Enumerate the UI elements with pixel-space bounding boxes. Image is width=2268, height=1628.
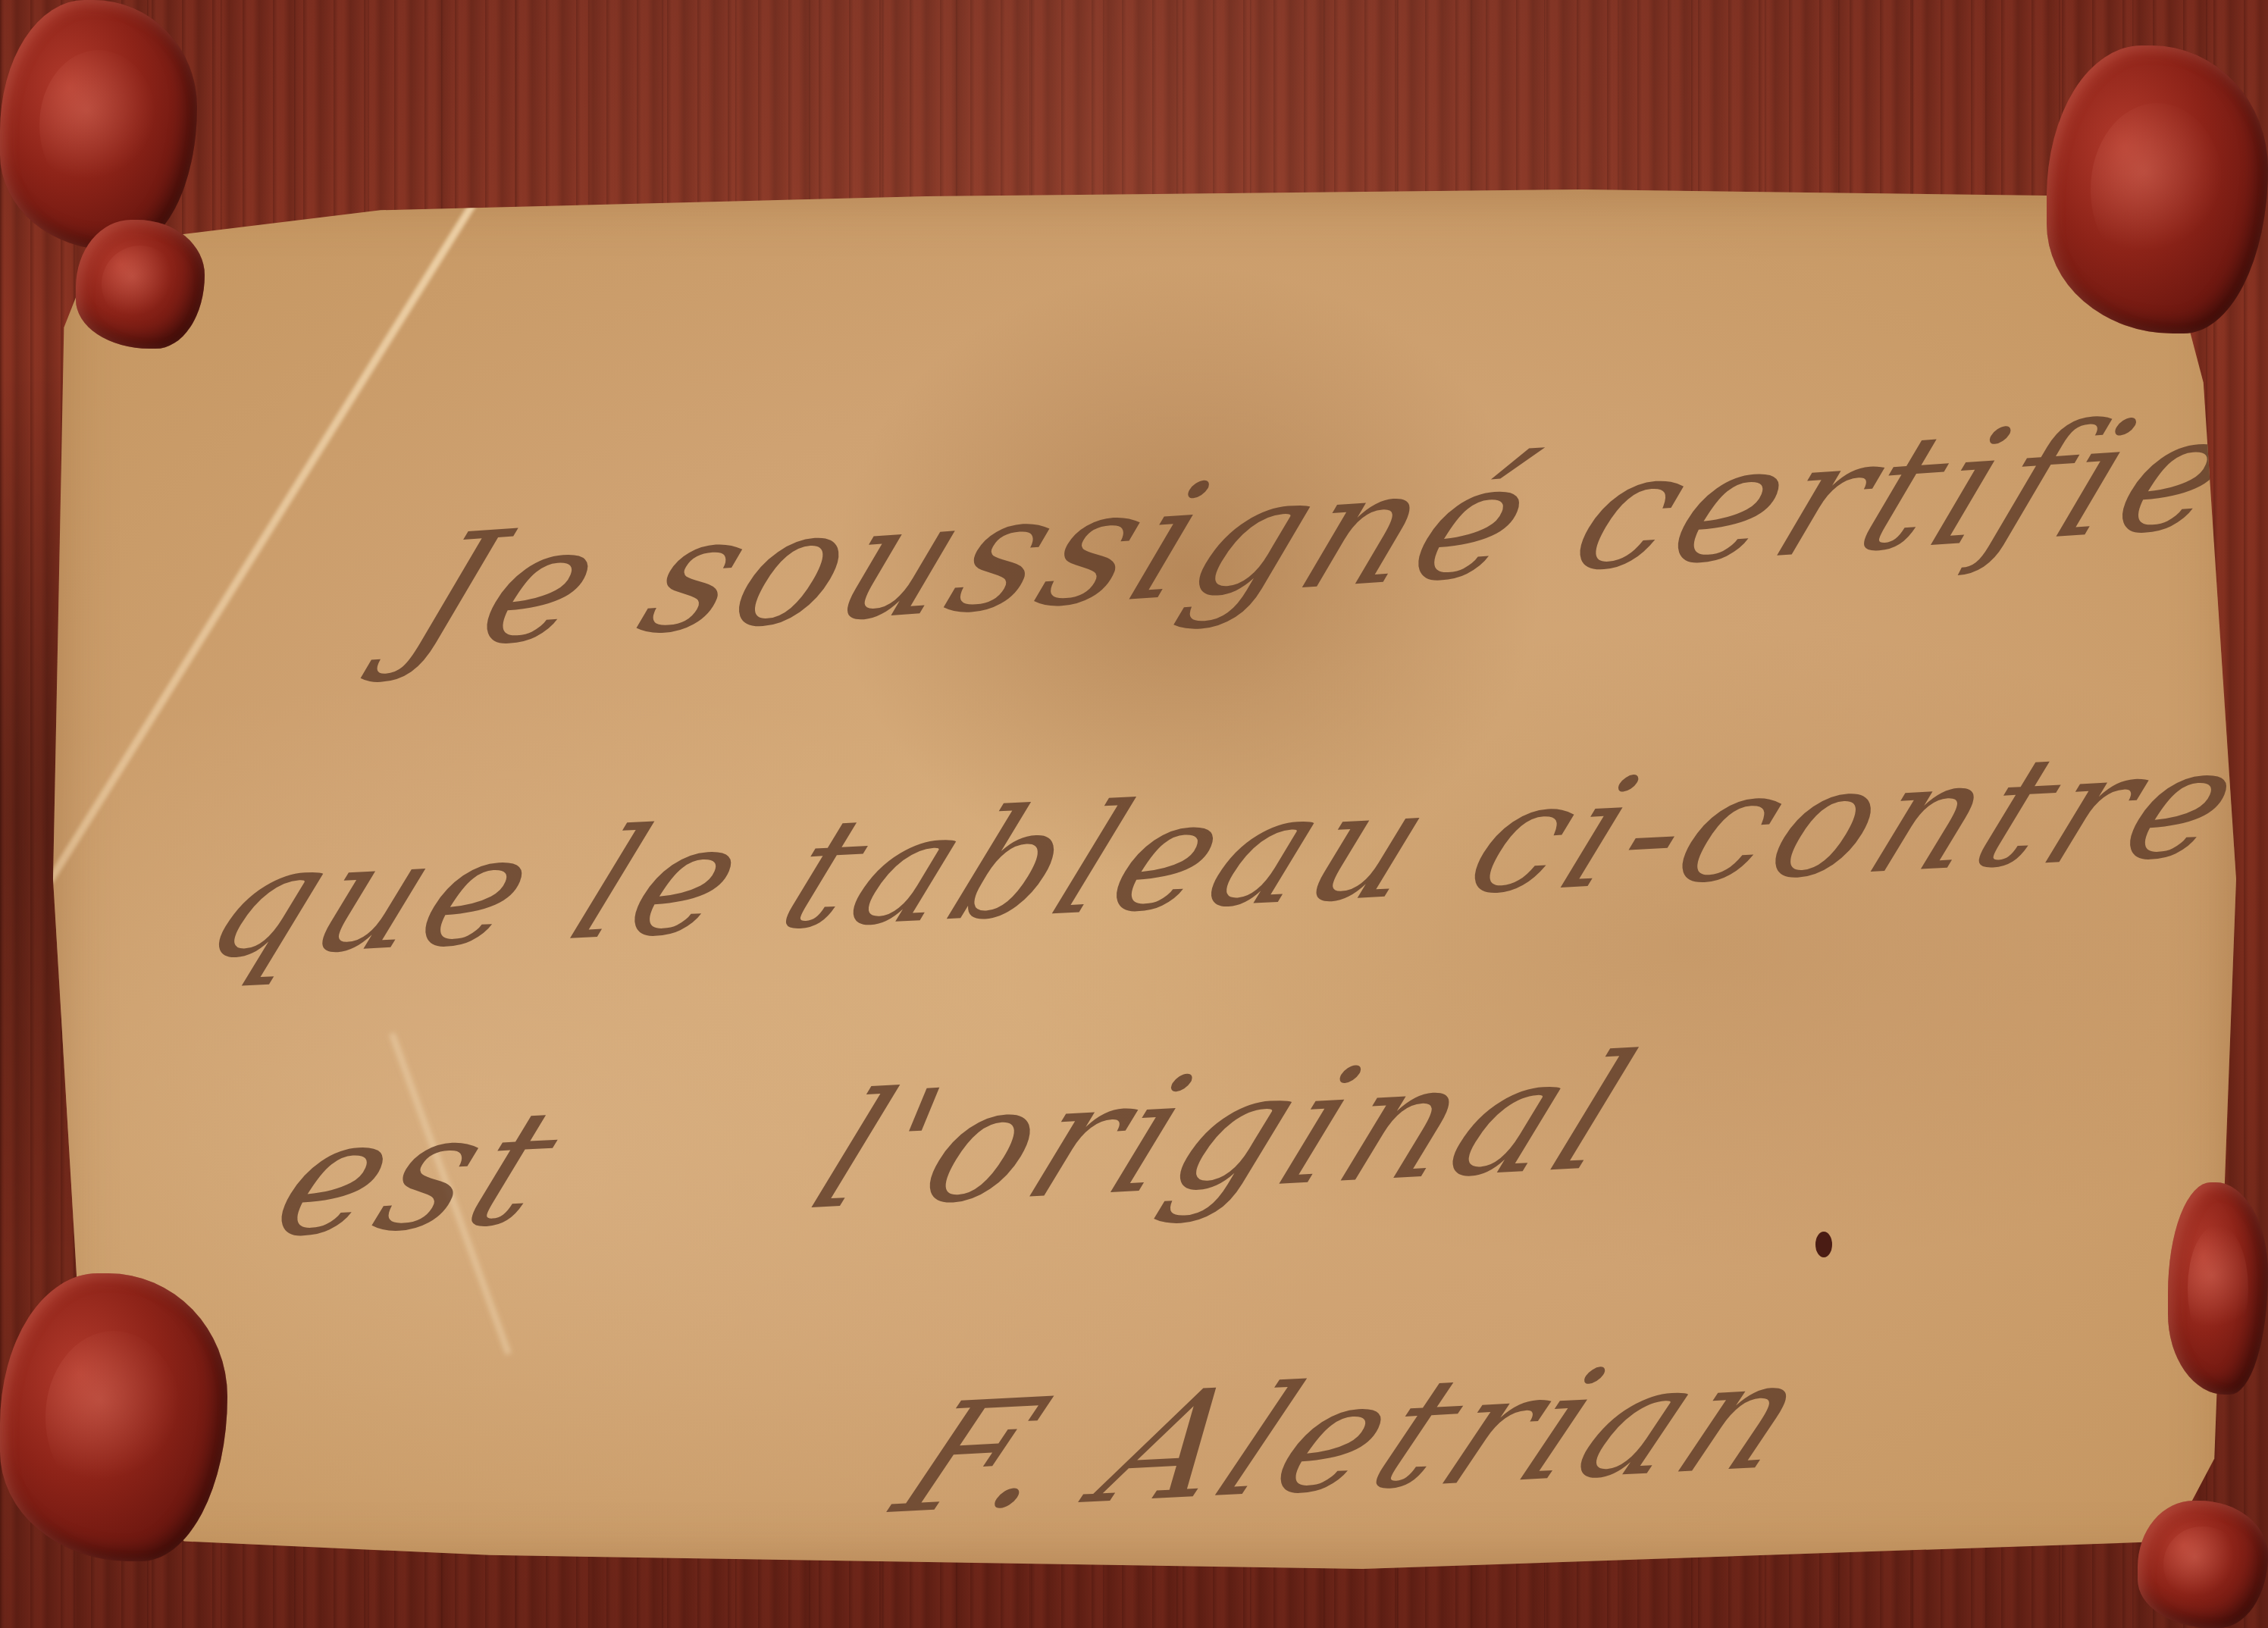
wax-seal-bottom-right-corner (2138, 1501, 2268, 1628)
wax-seal-bottom-right (2168, 1182, 2268, 1395)
wax-seal-bottom-left (0, 1273, 227, 1561)
ink-blot (1815, 1232, 1832, 1257)
wax-seal-top-right (2047, 45, 2268, 333)
wax-seal-top-left (0, 0, 197, 250)
line-3-word-original: l'original (789, 1019, 1663, 1245)
paper-label: Je soussigné certifie que le tableau ci-… (53, 189, 2236, 1569)
wax-seal-top-left-small (76, 220, 205, 349)
line-3-word-est: est (250, 1074, 591, 1273)
handwritten-line-1: Je soussigné certifie (384, 378, 2268, 686)
signature: F. Aletrian (871, 1326, 1840, 1548)
handwritten-line-3: est l'original (250, 1019, 1663, 1273)
handwritten-line-2: que le tableau ci-contre (183, 714, 2268, 994)
